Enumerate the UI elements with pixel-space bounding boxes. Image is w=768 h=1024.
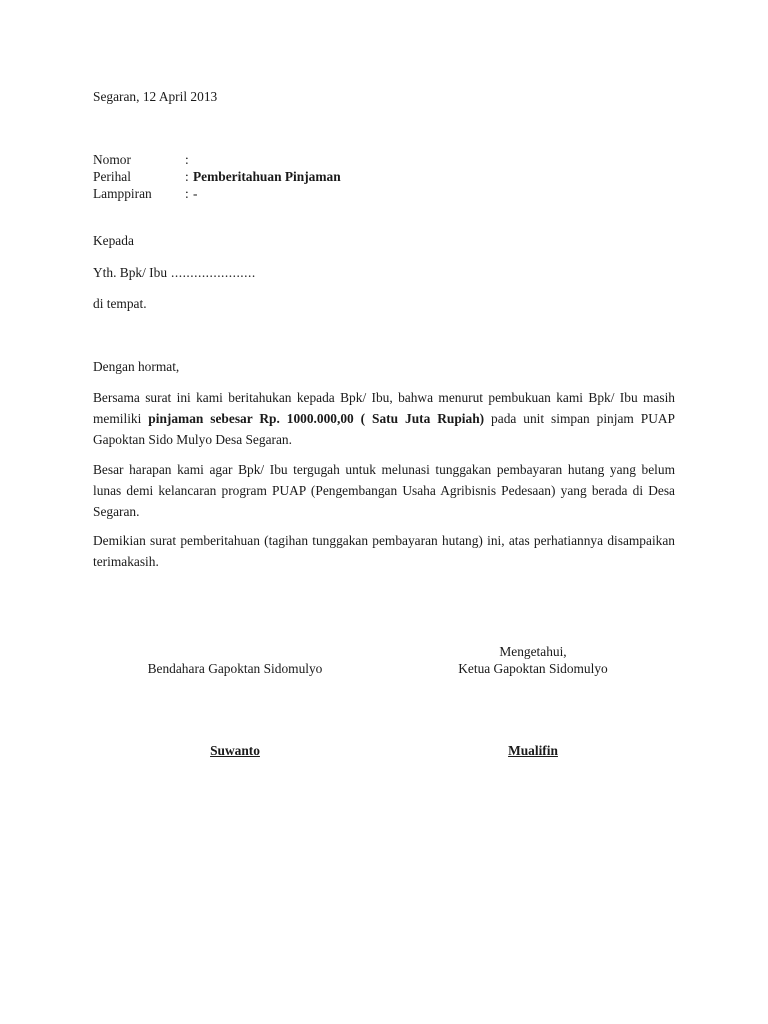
paragraph-notice: Bersama surat ini kami beritahukan kepad… (93, 387, 675, 450)
recipient-yth: Yth. Bpk/ Ibu (93, 265, 167, 280)
signature-left-title: Bendahara Gapoktan Sidomulyo (100, 660, 370, 677)
signatory-name-left: Suwanto (210, 743, 260, 758)
loan-amount: pinjaman sebesar Rp. 1000.000,00 ( Satu … (148, 411, 484, 426)
signature-right: Mualifin (398, 743, 668, 759)
signature-right-title: Ketua Gapoktan Sidomulyo (398, 660, 668, 677)
meta-row-nomor: Nomor : (93, 151, 341, 168)
recipient-kepada: Kepada (93, 233, 134, 249)
recipient-blank-dots: ...................... (171, 265, 256, 280)
meta-colon: : (185, 151, 193, 168)
salutation: Dengan hormat, (93, 359, 179, 375)
meta-value-subject: Pemberitahuan Pinjaman (193, 168, 341, 185)
meta-label: Lamppiran (93, 185, 185, 202)
meta-label: Nomor (93, 151, 185, 168)
meta-colon: : (185, 168, 193, 185)
recipient-place: di tempat. (93, 296, 147, 312)
signature-right-pretitle: Mengetahui, (398, 643, 668, 660)
paragraph-request: Besar harapan kami agar Bpk/ Ibu terguga… (93, 459, 675, 522)
signatory-name-right: Mualifin (508, 743, 558, 758)
meta-value: - (193, 185, 197, 202)
meta-colon: : (185, 185, 193, 202)
meta-label: Perihal (93, 168, 185, 185)
paragraph-closing: Demikian surat pemberitahuan (tagihan tu… (93, 530, 675, 572)
meta-row-perihal: Perihal : Pemberitahuan Pinjaman (93, 168, 341, 185)
signature-left: Suwanto (100, 743, 370, 759)
letter-meta-block: Nomor : Perihal : Pemberitahuan Pinjaman… (93, 151, 341, 202)
letter-date: Segaran, 12 April 2013 (93, 89, 217, 105)
meta-row-lampiran: Lamppiran : - (93, 185, 341, 202)
recipient-line: Yth. Bpk/ Ibu...................... (93, 265, 256, 281)
